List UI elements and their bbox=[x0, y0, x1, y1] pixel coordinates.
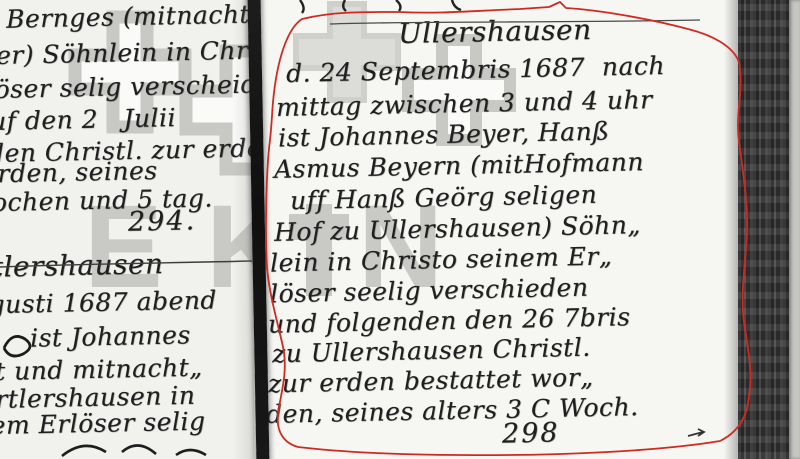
handwritten-line: Hof zu Ullershausen) Söhn„ bbox=[274, 212, 641, 245]
handwritten-line: worden, seines bbox=[0, 158, 158, 187]
handwritten-line: ist Johannes Beyer, Hanß bbox=[278, 119, 610, 151]
scan-background-strip bbox=[789, 0, 800, 459]
church-register-scan: E K Bernges (mitnacht„ er) Söhnlein in C… bbox=[0, 0, 800, 459]
book-edge-band bbox=[738, 0, 789, 459]
handwritten-line: zu Ullershausen Christl. bbox=[272, 335, 591, 367]
handwritten-line: zur erden bestattet wor„ bbox=[268, 365, 594, 397]
left-page: E K Bernges (mitnacht„ er) Söhnlein in C… bbox=[0, 0, 254, 459]
entry-number: 298 bbox=[502, 419, 560, 447]
entry-heading: Ullershausen bbox=[398, 16, 592, 48]
handwritten-line: d. 24 Septembris 1687 nach bbox=[286, 53, 665, 86]
handwritten-line: Bernges (mitnacht„ bbox=[6, 1, 254, 31]
handwritten-line: nem Erlöser selig bbox=[0, 409, 206, 439]
handwritten-line: ist Johannes bbox=[30, 322, 191, 350]
handwritten-line: itt und mitnacht„ bbox=[0, 355, 203, 385]
handwritten-line: lein in Christo seinem Er„ bbox=[270, 243, 613, 275]
handwritten-line: ugusti 1687 abend bbox=[0, 287, 217, 317]
entry-heading: ttlershausen bbox=[0, 250, 164, 282]
right-page: N Ullershausen d. 24 Septembris 1687 nac… bbox=[264, 0, 740, 459]
handwritten-line: den, seines alters 3 C Woch. bbox=[266, 394, 639, 427]
handwritten-line: löser seelig verschieden bbox=[270, 275, 589, 307]
handwritten-line: und folgenden den 26 7bris bbox=[268, 304, 631, 337]
handwritten-line: uff Hanß Geörg seligen bbox=[290, 182, 598, 213]
handwritten-line: Asmus Beyern (mitHofmann bbox=[274, 149, 644, 182]
handwritten-line: er) Söhnlein in Christ bbox=[0, 37, 254, 68]
entry-number: 294. bbox=[128, 207, 197, 235]
handwritten-line: mittag zwischen 3 und 4 uhr bbox=[276, 87, 653, 120]
handwritten-line: uf den 2 Julii bbox=[0, 105, 176, 134]
handwritten-line: löser selig verscheiden bbox=[0, 71, 254, 102]
